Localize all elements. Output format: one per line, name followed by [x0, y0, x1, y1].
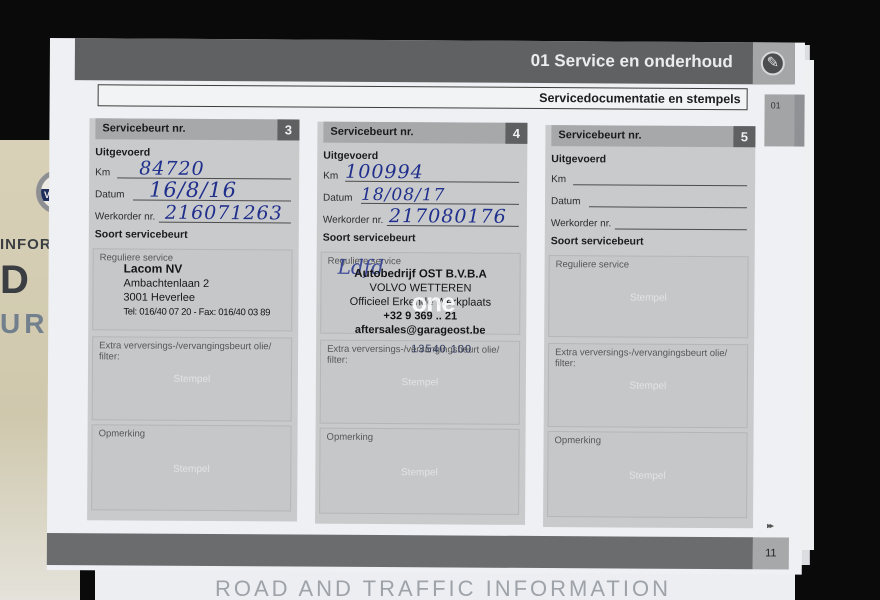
km-line — [573, 184, 747, 186]
card-number: 3 — [277, 119, 299, 140]
datum-line — [589, 206, 747, 208]
stamp-street: Ambachtenlaan 2 — [123, 277, 270, 290]
stamp-placeholder: Stempel — [320, 467, 518, 479]
stamp-placeholder: Stempel — [549, 380, 747, 392]
soort-label: Soort servicebeurt — [323, 232, 416, 245]
werkorder-label: Werkorder nr. — [95, 211, 155, 222]
werkorder-label: Werkorder nr. — [551, 218, 611, 229]
watermark-logo: one — [411, 287, 454, 318]
section-header: Servicedocumentatie en stempels — [98, 84, 748, 110]
stamp-placeholder: Stempel — [549, 292, 747, 304]
werkorder-line — [615, 228, 747, 230]
stamp-dealer-name: Lacom NV — [124, 261, 271, 276]
card-title: Servicebeurt nr. — [558, 129, 641, 142]
km-value: 100994 — [345, 161, 424, 183]
chapter-tab-edge — [794, 95, 804, 147]
card-title: Servicebeurt nr. — [102, 122, 185, 135]
service-card-3: Servicebeurt nr. 3 Uitgevoerd Km 84720 D… — [87, 118, 299, 521]
datum-value: 18/08/17 — [361, 185, 445, 206]
page-footer-bar — [47, 533, 753, 569]
chapter-header: 01 Service en onderhoud ✎ — [75, 38, 795, 84]
reguliere-service-label: Reguliere service — [556, 259, 746, 271]
datum-field: Datum — [551, 189, 747, 210]
stamp-placeholder: Stempel — [321, 377, 519, 389]
wrench-icon: ✎ — [761, 51, 785, 75]
stamp-placeholder: Stempel — [92, 463, 290, 475]
page-number: 11 — [753, 537, 789, 569]
datum-label: Datum — [95, 189, 125, 200]
service-card-4: Servicebeurt nr. 4 Uitgevoerd Km 100994 … — [315, 122, 527, 525]
reguliere-service-box: Reguliere service Stempel — [548, 255, 748, 338]
km-value: 84720 — [139, 158, 205, 180]
extra-service-box: Extra verversings-/vervangingsbeurt olie… — [320, 340, 521, 425]
datum-label: Datum — [323, 193, 353, 204]
werkorder-label: Werkorder nr. — [323, 215, 383, 226]
reguliere-service-box: Reguliere service Ldfd Autobedrijf OST B… — [320, 252, 520, 335]
soort-label: Soort servicebeurt — [551, 235, 644, 248]
opmerking-box: Opmerking Stempel — [319, 428, 520, 515]
stamp-city: 3001 Heverlee — [123, 291, 270, 304]
stamp-dealer-name: Autobedrijf OST B.V.B.A — [322, 267, 520, 282]
werkorder-field: Werkorder nr. — [551, 211, 747, 232]
stamp-email: aftersales@garageost.be — [321, 323, 519, 338]
km-field: Km 100994 — [323, 164, 519, 185]
service-booklet-page: 01 Service en onderhoud ✎ Servicedocumen… — [47, 38, 805, 575]
opmerking-box: Opmerking Stempel — [547, 431, 748, 518]
card-header: Servicebeurt nr. 4 — [323, 122, 527, 144]
km-label: Km — [323, 171, 338, 182]
opmerking-label: Opmerking — [327, 432, 517, 444]
card-number: 5 — [733, 126, 755, 147]
extra-service-label: Extra verversings-/vervangingsbeurt olie… — [555, 347, 745, 370]
werkorder-value: 217080176 — [389, 205, 507, 228]
datum-label: Datum — [551, 196, 581, 207]
chapter-tab: 01 — [764, 94, 796, 146]
datum-field: Datum 18/08/17 — [323, 186, 519, 207]
card-number: 4 — [505, 123, 527, 144]
werkorder-value: 216071263 — [165, 202, 283, 225]
chapter-icon-box: ✎ — [753, 42, 795, 84]
extra-service-box: Extra verversings-/vervangingsbeurt olie… — [548, 343, 749, 428]
km-field: Km — [551, 167, 747, 188]
werkorder-field: Werkorder nr. 217080176 — [323, 208, 519, 229]
stamp-placeholder: Stempel — [548, 470, 746, 482]
datum-value: 16/8/16 — [149, 178, 237, 203]
card-header: Servicebeurt nr. 3 — [95, 118, 299, 140]
chapter-title: 01 Service en onderhoud — [531, 51, 733, 72]
uitgevoerd-label: Uitgevoerd — [551, 153, 606, 165]
card-title: Servicebeurt nr. — [330, 126, 413, 139]
stamp-placeholder: Stempel — [93, 373, 291, 385]
underlying-page-title: ROAD AND TRAFFIC INFORMATION — [215, 576, 671, 600]
dealer-stamp-lacom: Lacom NV Ambachtenlaan 2 3001 Heverlee T… — [123, 261, 270, 318]
opmerking-label: Opmerking — [99, 428, 289, 440]
reguliere-service-box: Reguliere service Lacom NV Ambachtenlaan… — [92, 248, 292, 331]
extra-service-label: Extra verversings-/vervangingsbeurt olie… — [99, 340, 289, 363]
stamp-contact: Tel: 016/40 07 20 - Fax: 016/40 03 89 — [123, 306, 270, 318]
service-card-5: Servicebeurt nr. 5 Uitgevoerd Km Datum W… — [543, 125, 755, 528]
section-title: Servicedocumentatie en stempels — [539, 91, 741, 106]
km-label: Km — [551, 174, 566, 185]
opmerking-box: Opmerking Stempel — [91, 424, 292, 511]
datum-field: Datum 16/8/16 — [95, 182, 291, 203]
card-header: Servicebeurt nr. 5 — [551, 125, 755, 147]
extra-service-value: 13540 100 — [411, 343, 472, 355]
soort-label: Soort servicebeurt — [95, 228, 188, 241]
opmerking-label: Opmerking — [555, 435, 745, 447]
next-page-arrows-icon: ▸▸ — [767, 520, 772, 531]
werkorder-field: Werkorder nr. 216071263 — [95, 204, 291, 225]
extra-service-box: Extra verversings-/vervangingsbeurt olie… — [92, 336, 293, 421]
km-label: Km — [95, 167, 110, 178]
